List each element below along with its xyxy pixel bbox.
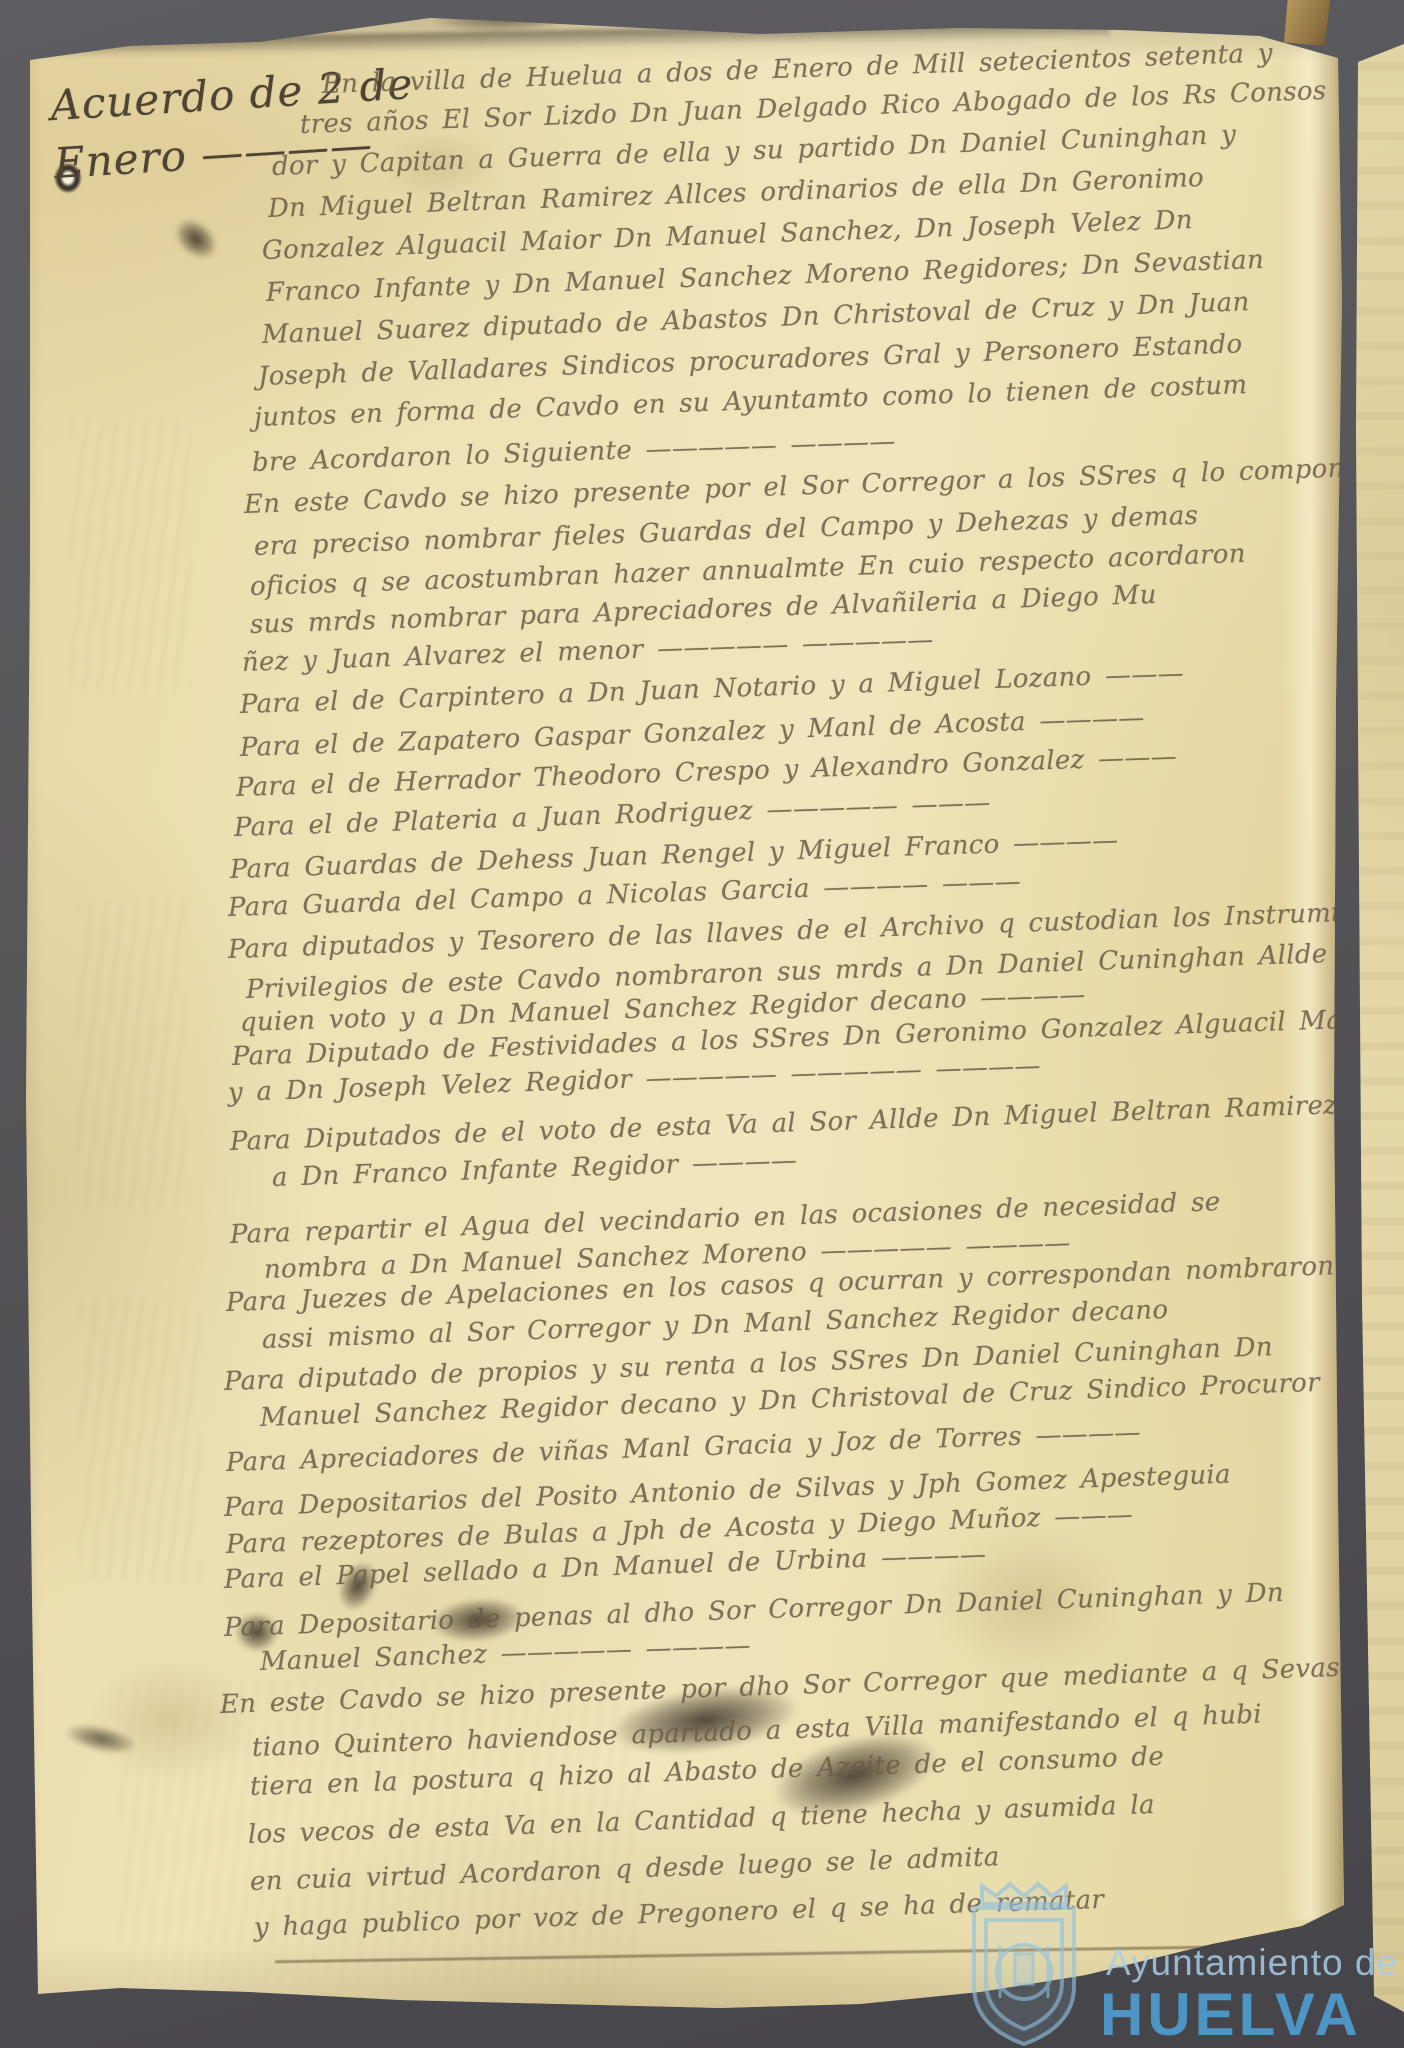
watermark-text-huelva: HUELVA bbox=[1100, 1980, 1362, 2048]
text-layer: En la villa de Huelua a dos de Enero de … bbox=[0, 0, 1404, 2048]
manuscript-line: bre Acordaron lo Siguiente ————— ———— bbox=[252, 427, 897, 478]
binding-edge bbox=[1284, 0, 1330, 46]
scan-background: Acuerdo de 2 de Enero ———— En la villa d… bbox=[0, 0, 1404, 2048]
manuscript-line: y haga publico por voz de Pregonero el q… bbox=[254, 1885, 1105, 1943]
manuscript-line: en cuia virtud Acordaron q desde luego s… bbox=[250, 1842, 1000, 1897]
manuscript-line: los vecos de esta Va en la Cantidad q ti… bbox=[248, 1790, 1156, 1850]
manuscript-page: Acuerdo de 2 de Enero ———— En la villa d… bbox=[0, 0, 1404, 2048]
